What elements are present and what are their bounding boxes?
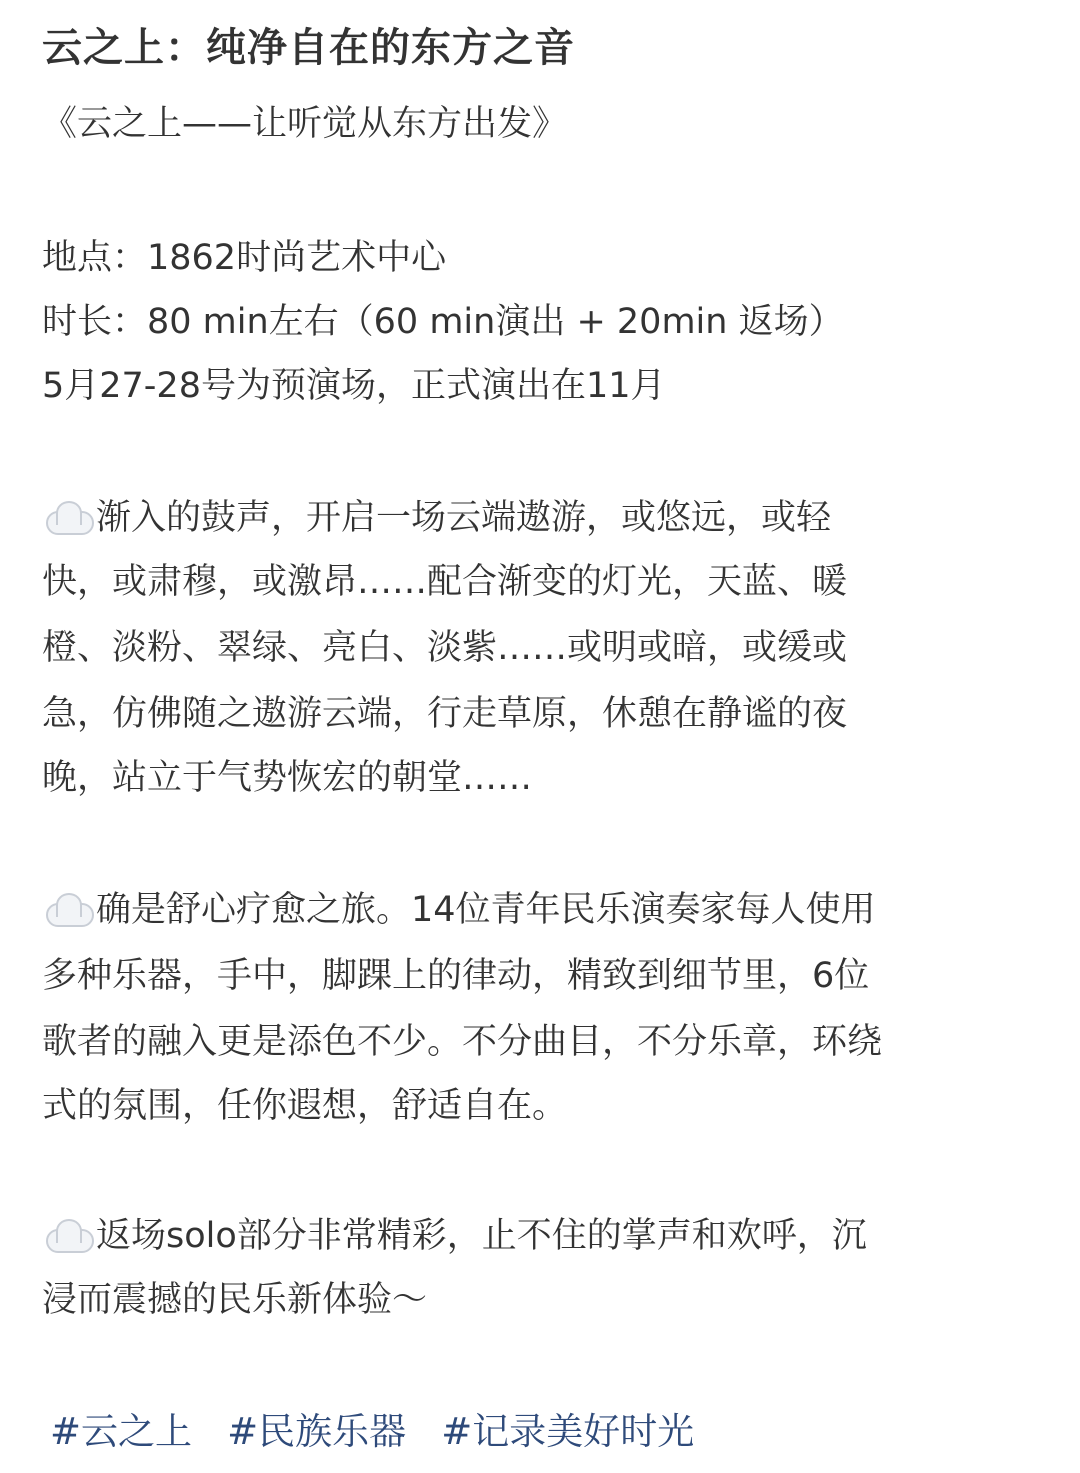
hashtag-minzu-yueqi[interactable]: #民族乐器: [227, 1408, 406, 1456]
cloud-icon: [42, 497, 92, 533]
paragraph-2-line-4: 式的氛围，任你遐想，舒适自在。: [42, 1082, 567, 1130]
paragraph-3-line-2: 浸而震撼的民乐新体验～: [42, 1276, 427, 1324]
paragraph-1-line-4: 急，仿佛随之遨游云端，行走草原，休憩在静谧的夜: [42, 690, 847, 738]
paragraph-text: 渐入的鼓声，开启一场云端遨游，或悠远，或轻: [96, 498, 831, 538]
hashtag-list: #云之上 #民族乐器 #记录美好时光: [50, 1408, 724, 1456]
paragraph-3-line-1: 返场solo部分非常精彩，止不住的掌声和欢呼，沉: [42, 1212, 867, 1260]
paragraph-1-line-2: 快，或肃穆，或激昂……配合渐变的灯光，天蓝、暖: [42, 558, 847, 606]
hashtag-yunzhishang[interactable]: #云之上: [50, 1408, 192, 1456]
paragraph-2-line-1: 确是舒心疗愈之旅。14位青年民乐演奏家每人使用: [42, 886, 876, 934]
hashtag-jilu-meihao-shiguang[interactable]: #记录美好时光: [441, 1408, 694, 1456]
paragraph-1-line-5: 晚，站立于气势恢宏的朝堂……: [42, 754, 532, 802]
info-duration: 时长：80 min左右（60 min演出 + 20min 返场）: [42, 298, 844, 346]
cloud-icon: [42, 889, 92, 925]
paragraph-2-line-3: 歌者的融入更是添色不少。不分曲目，不分乐章，环绕: [42, 1018, 882, 1066]
paragraph-2-line-2: 多种乐器，手中，脚踝上的律动，精致到细节里，6位: [42, 952, 869, 1000]
cloud-icon: [42, 1215, 92, 1251]
post-title: 云之上：纯净自在的东方之音: [42, 20, 575, 76]
paragraph-text: 确是舒心疗愈之旅。14位青年民乐演奏家每人使用: [96, 890, 876, 930]
paragraph-1-line-3: 橙、淡粉、翠绿、亮白、淡紫……或明或暗，或缓或: [42, 624, 847, 672]
paragraph-1-line-1: 渐入的鼓声，开启一场云端遨游，或悠远，或轻: [42, 494, 831, 542]
paragraph-text: 返场solo部分非常精彩，止不住的掌声和欢呼，沉: [96, 1216, 867, 1256]
info-location: 地点：1862时尚艺术中心: [42, 234, 446, 282]
post-subtitle: 《云之上——让听觉从东方出发》: [42, 100, 567, 148]
info-schedule: 5月27-28号为预演场，正式演出在11月: [42, 362, 666, 410]
